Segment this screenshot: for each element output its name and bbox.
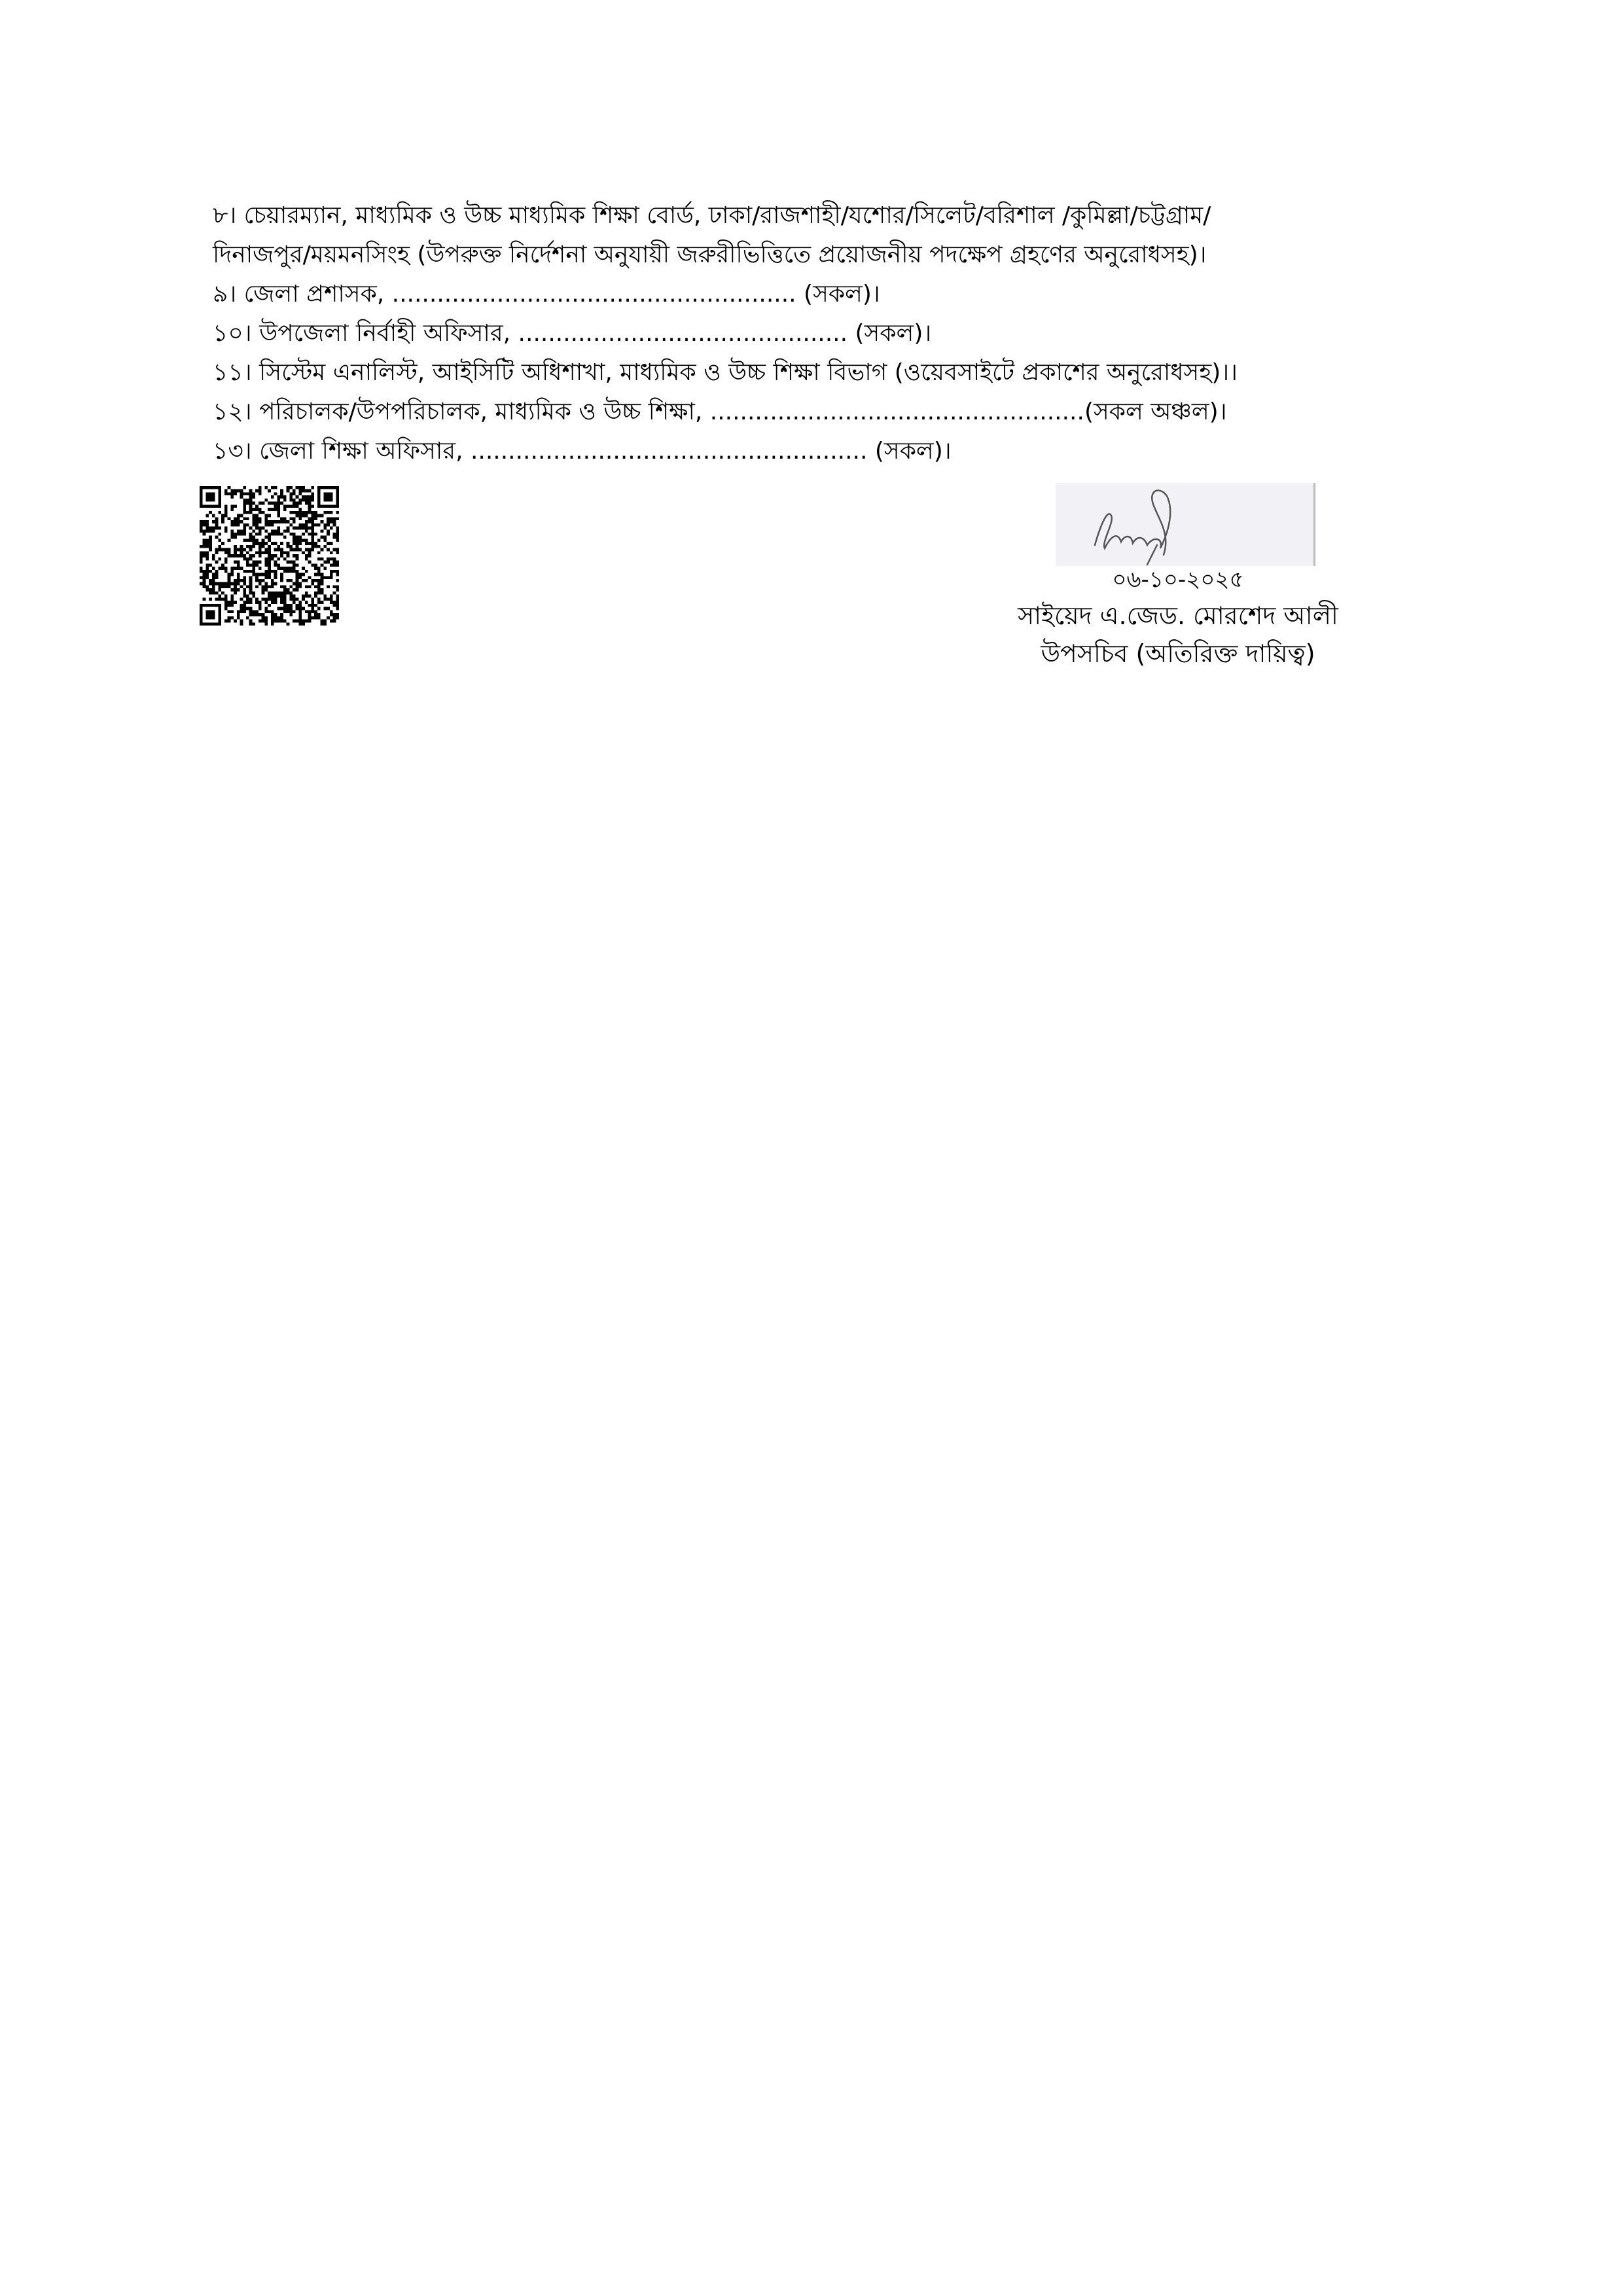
signature-image — [1056, 483, 1315, 566]
list-item-9: ৯। জেলা প্রশাসক, .......................… — [213, 275, 1404, 314]
document-page: ৮। চেয়ারম্যান, মাধ্যমিক ও উচ্চ মাধ্যমিক… — [0, 0, 1623, 2296]
signature-date: ০৬-১০-২০২৫ — [1008, 563, 1348, 597]
list-item-12: ১২। পরিচালক/উপপরিচালক, মাধ্যমিক ও উচ্চ শ… — [213, 393, 1404, 432]
list-item-8: ৮। চেয়ারম্যান, মাধ্যমিক ও উচ্চ মাধ্যমিক… — [213, 196, 1404, 236]
list-item-13: ১৩। জেলা শিক্ষা অফিসার, ................… — [213, 432, 1404, 471]
list-item-8-continued: দিনাজপুর/ময়মনসিংহ (উপরুক্ত নির্দেশনা অন… — [213, 236, 1404, 275]
signatory-designation: উপসচিব (অতিরিক্ত দায়িত্ব) — [1008, 635, 1348, 673]
distribution-list: ৮। চেয়ারম্যান, মাধ্যমিক ও উচ্চ মাধ্যমিক… — [213, 196, 1404, 471]
signature-block: ০৬-১০-২০২৫ সাইয়েদ এ.জেড. মোরশেদ আলী উপস… — [1008, 563, 1348, 673]
signatory-name: সাইয়েদ এ.জেড. মোরশেদ আলী — [1008, 597, 1348, 635]
list-item-10: ১০। উপজেলা নির্বাহী অফিসার, ............… — [213, 314, 1404, 353]
signature-scribble-icon — [1056, 483, 1313, 566]
list-item-11: ১১। সিস্টেম এনালিস্ট, আইসিটি অধিশাখা, মা… — [213, 353, 1404, 393]
qr-code-icon — [200, 486, 339, 626]
